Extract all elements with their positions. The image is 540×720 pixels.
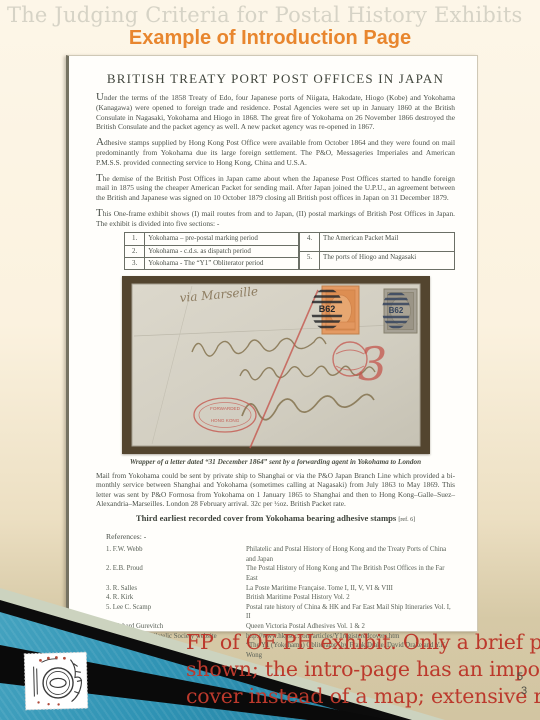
note-line: cover instead of a map; extensive refere… bbox=[186, 683, 536, 710]
reference-work: La Poste Maritime Française. Tome I, II,… bbox=[246, 584, 455, 594]
note-line: FP of OF PH exhibit. Only a brief plan i… bbox=[186, 629, 536, 656]
exhibit-paragraph: The demise of the British Post Offices i… bbox=[96, 174, 455, 203]
highlight-reference: [ref. 6] bbox=[398, 517, 415, 523]
table-row: 4.The American Packet Mail bbox=[299, 233, 454, 251]
drop-cap: A bbox=[96, 136, 104, 148]
list-item: 4. R. KirkBritish Maritime Postal Histor… bbox=[106, 593, 455, 603]
section-number: 5. bbox=[299, 251, 319, 269]
list-item: 2. E.B. ProudThe Postal History of Hong … bbox=[106, 564, 455, 583]
slide-page-number: 5 3 bbox=[517, 670, 527, 698]
cover-highlight-line: Third earliest recorded cover from Yokoh… bbox=[96, 513, 455, 525]
section-label: Yokohama - c.d.s. as dispatch period bbox=[145, 245, 299, 257]
highlight-text: Third earliest recorded cover from Yokoh… bbox=[136, 513, 396, 523]
drop-cap: T bbox=[96, 207, 103, 219]
list-item: 5. Lee C. ScampPostal rate history of Ch… bbox=[106, 603, 455, 622]
slide-annotation-note: FP of OF PH exhibit. Only a brief plan i… bbox=[186, 629, 536, 710]
reference-work: Postal rate history of China & HK and Fa… bbox=[246, 603, 455, 622]
drop-cap: U bbox=[96, 91, 104, 103]
paragraph-text: nder the terms of the 1858 Treaty of Edo… bbox=[96, 93, 455, 131]
list-item: 3. R. SallesLa Poste Maritime Française.… bbox=[106, 584, 455, 594]
chop-text-top: FORWARDED bbox=[210, 406, 241, 411]
references-title: References: - bbox=[106, 532, 455, 542]
list-item: 1. F.W. WebbPhilatelic and Postal Histor… bbox=[106, 545, 455, 564]
section-number: 3. bbox=[125, 257, 145, 269]
exhibit-paragraph: Adhesive stamps supplied by Hong Kong Po… bbox=[96, 138, 455, 167]
red-rate-mark: 3 bbox=[358, 337, 387, 391]
reference-author: 2. E.B. Proud bbox=[106, 564, 246, 583]
section-label: The American Packet Mail bbox=[320, 233, 455, 251]
table-row: 1.Yokohama – pre-postal marking period bbox=[125, 233, 299, 245]
exhibit-intro-page: BRITISH TREATY PORT POST OFFICES IN JAPA… bbox=[66, 55, 478, 632]
slide-title: Example of Introduction Page bbox=[0, 27, 540, 50]
page-number-digit: 3 bbox=[521, 684, 527, 698]
note-line: shown; the intro-page has an important bbox=[186, 656, 536, 683]
section-number: 2. bbox=[125, 245, 145, 257]
reference-work: British Maritime Postal History Vol. 2 bbox=[246, 593, 455, 603]
paragraph-text: dhesive stamps supplied by Hong Kong Pos… bbox=[96, 138, 455, 167]
plan-table-left: 1.Yokohama – pre-postal marking period 2… bbox=[124, 232, 299, 270]
section-label: The ports of Hiogo and Nagasaki bbox=[320, 251, 455, 269]
slide-kicker-title: The Judging Criteria for Postal History … bbox=[7, 3, 523, 27]
exhibit-plan-table: 1.Yokohama – pre-postal marking period 2… bbox=[124, 232, 455, 270]
reference-work: Philatelic and Postal History of Hong Ko… bbox=[246, 545, 455, 564]
table-row: 2.Yokohama - c.d.s. as dispatch period bbox=[125, 245, 299, 257]
reference-author: 5. Lee C. Scamp bbox=[106, 603, 246, 622]
cancel-code: B62 bbox=[388, 306, 403, 315]
route-description: Mail from Yokohama could be sent by priv… bbox=[96, 471, 455, 510]
table-row: 5.The ports of Hiogo and Nagasaki bbox=[299, 251, 454, 269]
page-number-digit: 5 bbox=[517, 670, 527, 684]
postal-cover-photo: via Marseille 3 FORWARDED bbox=[122, 276, 430, 454]
exhibit-paragraph: This One-frame exhibit shows (I) mail ro… bbox=[96, 209, 455, 229]
presentation-slide: The Judging Criteria for Postal History … bbox=[0, 0, 540, 720]
section-label: Yokohama - The “Y1” Obliterator period bbox=[145, 257, 299, 269]
section-number: 1. bbox=[125, 233, 145, 245]
postal-cover-illustration: via Marseille 3 FORWARDED bbox=[122, 276, 430, 454]
exhibit-society-logo bbox=[23, 651, 88, 711]
reference-author: 4. R. Kirk bbox=[106, 593, 246, 603]
reference-author: 1. F.W. Webb bbox=[106, 545, 246, 564]
cancel-code: B62 bbox=[318, 304, 335, 314]
paragraph-text: his One-frame exhibit shows (I) mail rou… bbox=[96, 209, 455, 228]
paragraph-text: he demise of the British Post Offices in… bbox=[96, 174, 455, 203]
reference-author: 3. R. Salles bbox=[106, 584, 246, 594]
cover-caption: Wrapper of a letter dated “31 December 1… bbox=[96, 458, 455, 468]
exhibit-title: BRITISH TREATY PORT POST OFFICES IN JAPA… bbox=[96, 70, 455, 87]
section-number: 4. bbox=[299, 233, 319, 251]
exhibit-paragraph: Under the terms of the 1858 Treaty of Ed… bbox=[96, 93, 455, 132]
plan-table-right: 4.The American Packet Mail 5.The ports o… bbox=[299, 232, 455, 270]
chop-text-bottom: HONG KONG bbox=[210, 418, 239, 423]
reference-work: The Postal History of Hong Kong and The … bbox=[246, 564, 455, 583]
section-label: Yokohama – pre-postal marking period bbox=[145, 233, 299, 245]
drop-cap: T bbox=[96, 172, 103, 184]
table-row: 3.Yokohama - The “Y1” Obliterator period bbox=[125, 257, 299, 269]
